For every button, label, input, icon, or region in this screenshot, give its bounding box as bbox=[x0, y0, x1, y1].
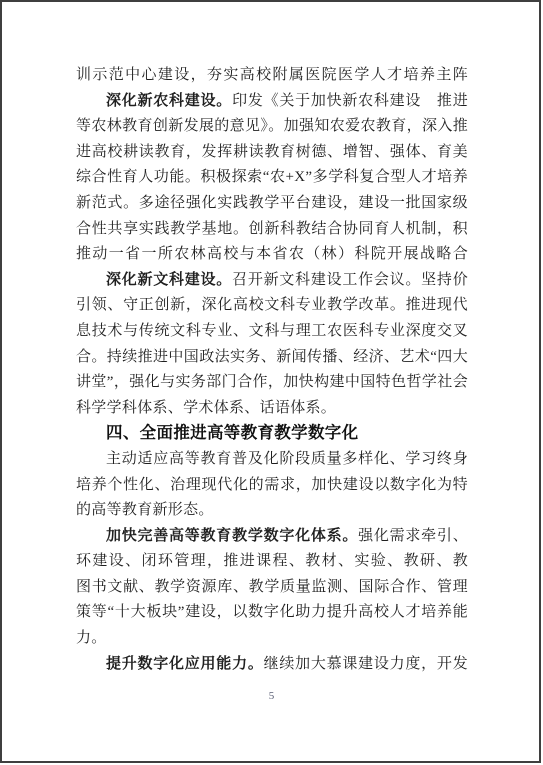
line-text: 合性共享实践教学基地。创新科教结合协同育人机制，积极 bbox=[76, 221, 468, 243]
text-line: 加快完善高等教育教学数字化体系。强化需求牵引、开 bbox=[76, 524, 468, 550]
document-page: 训示范中心建设，夯实高校附属医院医学人才培养主阵地。深化新农科建设。印发《关于加… bbox=[0, 0, 543, 765]
line-text: 合。持续推进中国政法实务、新闻传播、经济、艺术“四大 bbox=[76, 349, 468, 365]
line-text: 四、全面推进高等教育教学数字化 bbox=[106, 424, 358, 442]
line-text: 讲堂”，强化与实务部门合作，加快构建中国特色哲学社会 bbox=[76, 374, 468, 390]
line-text: 推动一省一所农林高校与本省农（林）科院开展战略合作。 bbox=[76, 246, 468, 268]
document-lines: 训示范中心建设，夯实高校附属医院医学人才培养主阵地。深化新农科建设。印发《关于加… bbox=[76, 63, 468, 677]
line-text: 综合性育人功能。积极探索“农+X”多学科复合型人才培养 bbox=[76, 169, 468, 185]
text-line: 的高等教育新形态。 bbox=[76, 498, 468, 524]
line-text: 策等“十大板块”建设，以数字化助力提升高校人才培养能 bbox=[76, 604, 468, 620]
text-line: 力。 bbox=[76, 626, 468, 652]
text-line: 深化新农科建设。印发《关于加快新农科建设 推进高 bbox=[76, 89, 468, 115]
text-line: 环建设、闭环管理，推进课程、教材、实验、教研、教管、 bbox=[76, 549, 468, 575]
text-line: 综合性育人功能。积极探索“农+X”多学科复合型人才培养 bbox=[76, 165, 468, 191]
text-line: 图书文献、教学资源库、教学质量监测、国际合作、管理决 bbox=[76, 575, 468, 601]
text-line: 进高校耕读教育，发挥耕读教育树德、增智、强体、育美等 bbox=[76, 140, 468, 166]
paragraph-lead-bold: 深化新文科建设。 bbox=[106, 272, 232, 288]
text-line: 讲堂”，强化与实务部门合作，加快构建中国特色哲学社会 bbox=[76, 370, 468, 396]
paragraph-lead-bold: 加快完善高等教育教学数字化体系。 bbox=[106, 528, 358, 544]
text-line: 息技术与传统文科专业、文科与理工农医科专业深度交叉融 bbox=[76, 319, 468, 345]
line-text: 力。 bbox=[76, 630, 107, 646]
text-line: 策等“十大板块”建设，以数字化助力提升高校人才培养能 bbox=[76, 600, 468, 626]
line-text: 引领、守正创新，深化高校文科专业教学改革。推进现代信 bbox=[76, 297, 468, 319]
paragraph-lead-bold: 深化新农科建设。 bbox=[106, 93, 232, 109]
text-line: 引领、守正创新，深化高校文科专业教学改革。推进现代信 bbox=[76, 293, 468, 319]
line-text: 的高等教育新形态。 bbox=[76, 502, 214, 518]
text-line: 合。持续推进中国政法实务、新闻传播、经济、艺术“四大 bbox=[76, 345, 468, 371]
text-line: 合性共享实践教学基地。创新科教结合协同育人机制，积极 bbox=[76, 217, 468, 243]
text-line: 科学学科体系、学术体系、话语体系。 bbox=[76, 396, 468, 422]
paragraph-lead-bold: 提升数字化应用能力。 bbox=[106, 656, 264, 672]
text-line: 等农林教育创新发展的意见》。加强知农爱农教育，深入推 bbox=[76, 114, 468, 140]
text-line: 培养个性化、治理现代化的需求，加快建设以数字化为特征 bbox=[76, 473, 468, 499]
text-line: 训示范中心建设，夯实高校附属医院医学人才培养主阵地。 bbox=[76, 63, 468, 89]
line-text: 主动适应高等教育普及化阶段质量多样化、学习终身化、 bbox=[76, 451, 468, 473]
line-text: 训示范中心建设，夯实高校附属医院医学人才培养主阵地。 bbox=[76, 67, 468, 89]
line-text: 环建设、闭环管理，推进课程、教材、实验、教研、教管、 bbox=[76, 553, 468, 575]
document-body: 训示范中心建设，夯实高校附属医院医学人才培养主阵地。深化新农科建设。印发《关于加… bbox=[76, 63, 468, 677]
line-text: 息技术与传统文科专业、文科与理工农医科专业深度交叉融 bbox=[76, 323, 468, 345]
line-text: 图书文献、教学资源库、教学质量监测、国际合作、管理决 bbox=[76, 579, 468, 601]
text-line: 主动适应高等教育普及化阶段质量多样化、学习终身化、 bbox=[76, 447, 468, 473]
page-number: 5 bbox=[0, 690, 543, 702]
text-line: 提升数字化应用能力。继续加大慕课建设力度，开发建 bbox=[76, 652, 468, 678]
text-line: 新范式。多途径强化实践教学平台建设，建设一批国家级综 bbox=[76, 191, 468, 217]
line-text: 培养个性化、治理现代化的需求，加快建设以数字化为特征 bbox=[76, 477, 468, 499]
text-line: 深化新文科建设。召开新文科建设工作会议。坚持价值 bbox=[76, 268, 468, 294]
line-text: 科学学科体系、学术体系、话语体系。 bbox=[76, 400, 336, 416]
line-text: 进高校耕读教育，发挥耕读教育树德、增智、强体、育美等 bbox=[76, 144, 468, 166]
text-line: 推动一省一所农林高校与本省农（林）科院开展战略合作。 bbox=[76, 242, 468, 268]
line-text: 等农林教育创新发展的意见》。加强知农爱农教育，深入推 bbox=[76, 118, 468, 134]
line-text: 新范式。多途径强化实践教学平台建设，建设一批国家级综 bbox=[76, 195, 468, 217]
section-heading: 四、全面推进高等教育教学数字化 bbox=[76, 421, 468, 447]
